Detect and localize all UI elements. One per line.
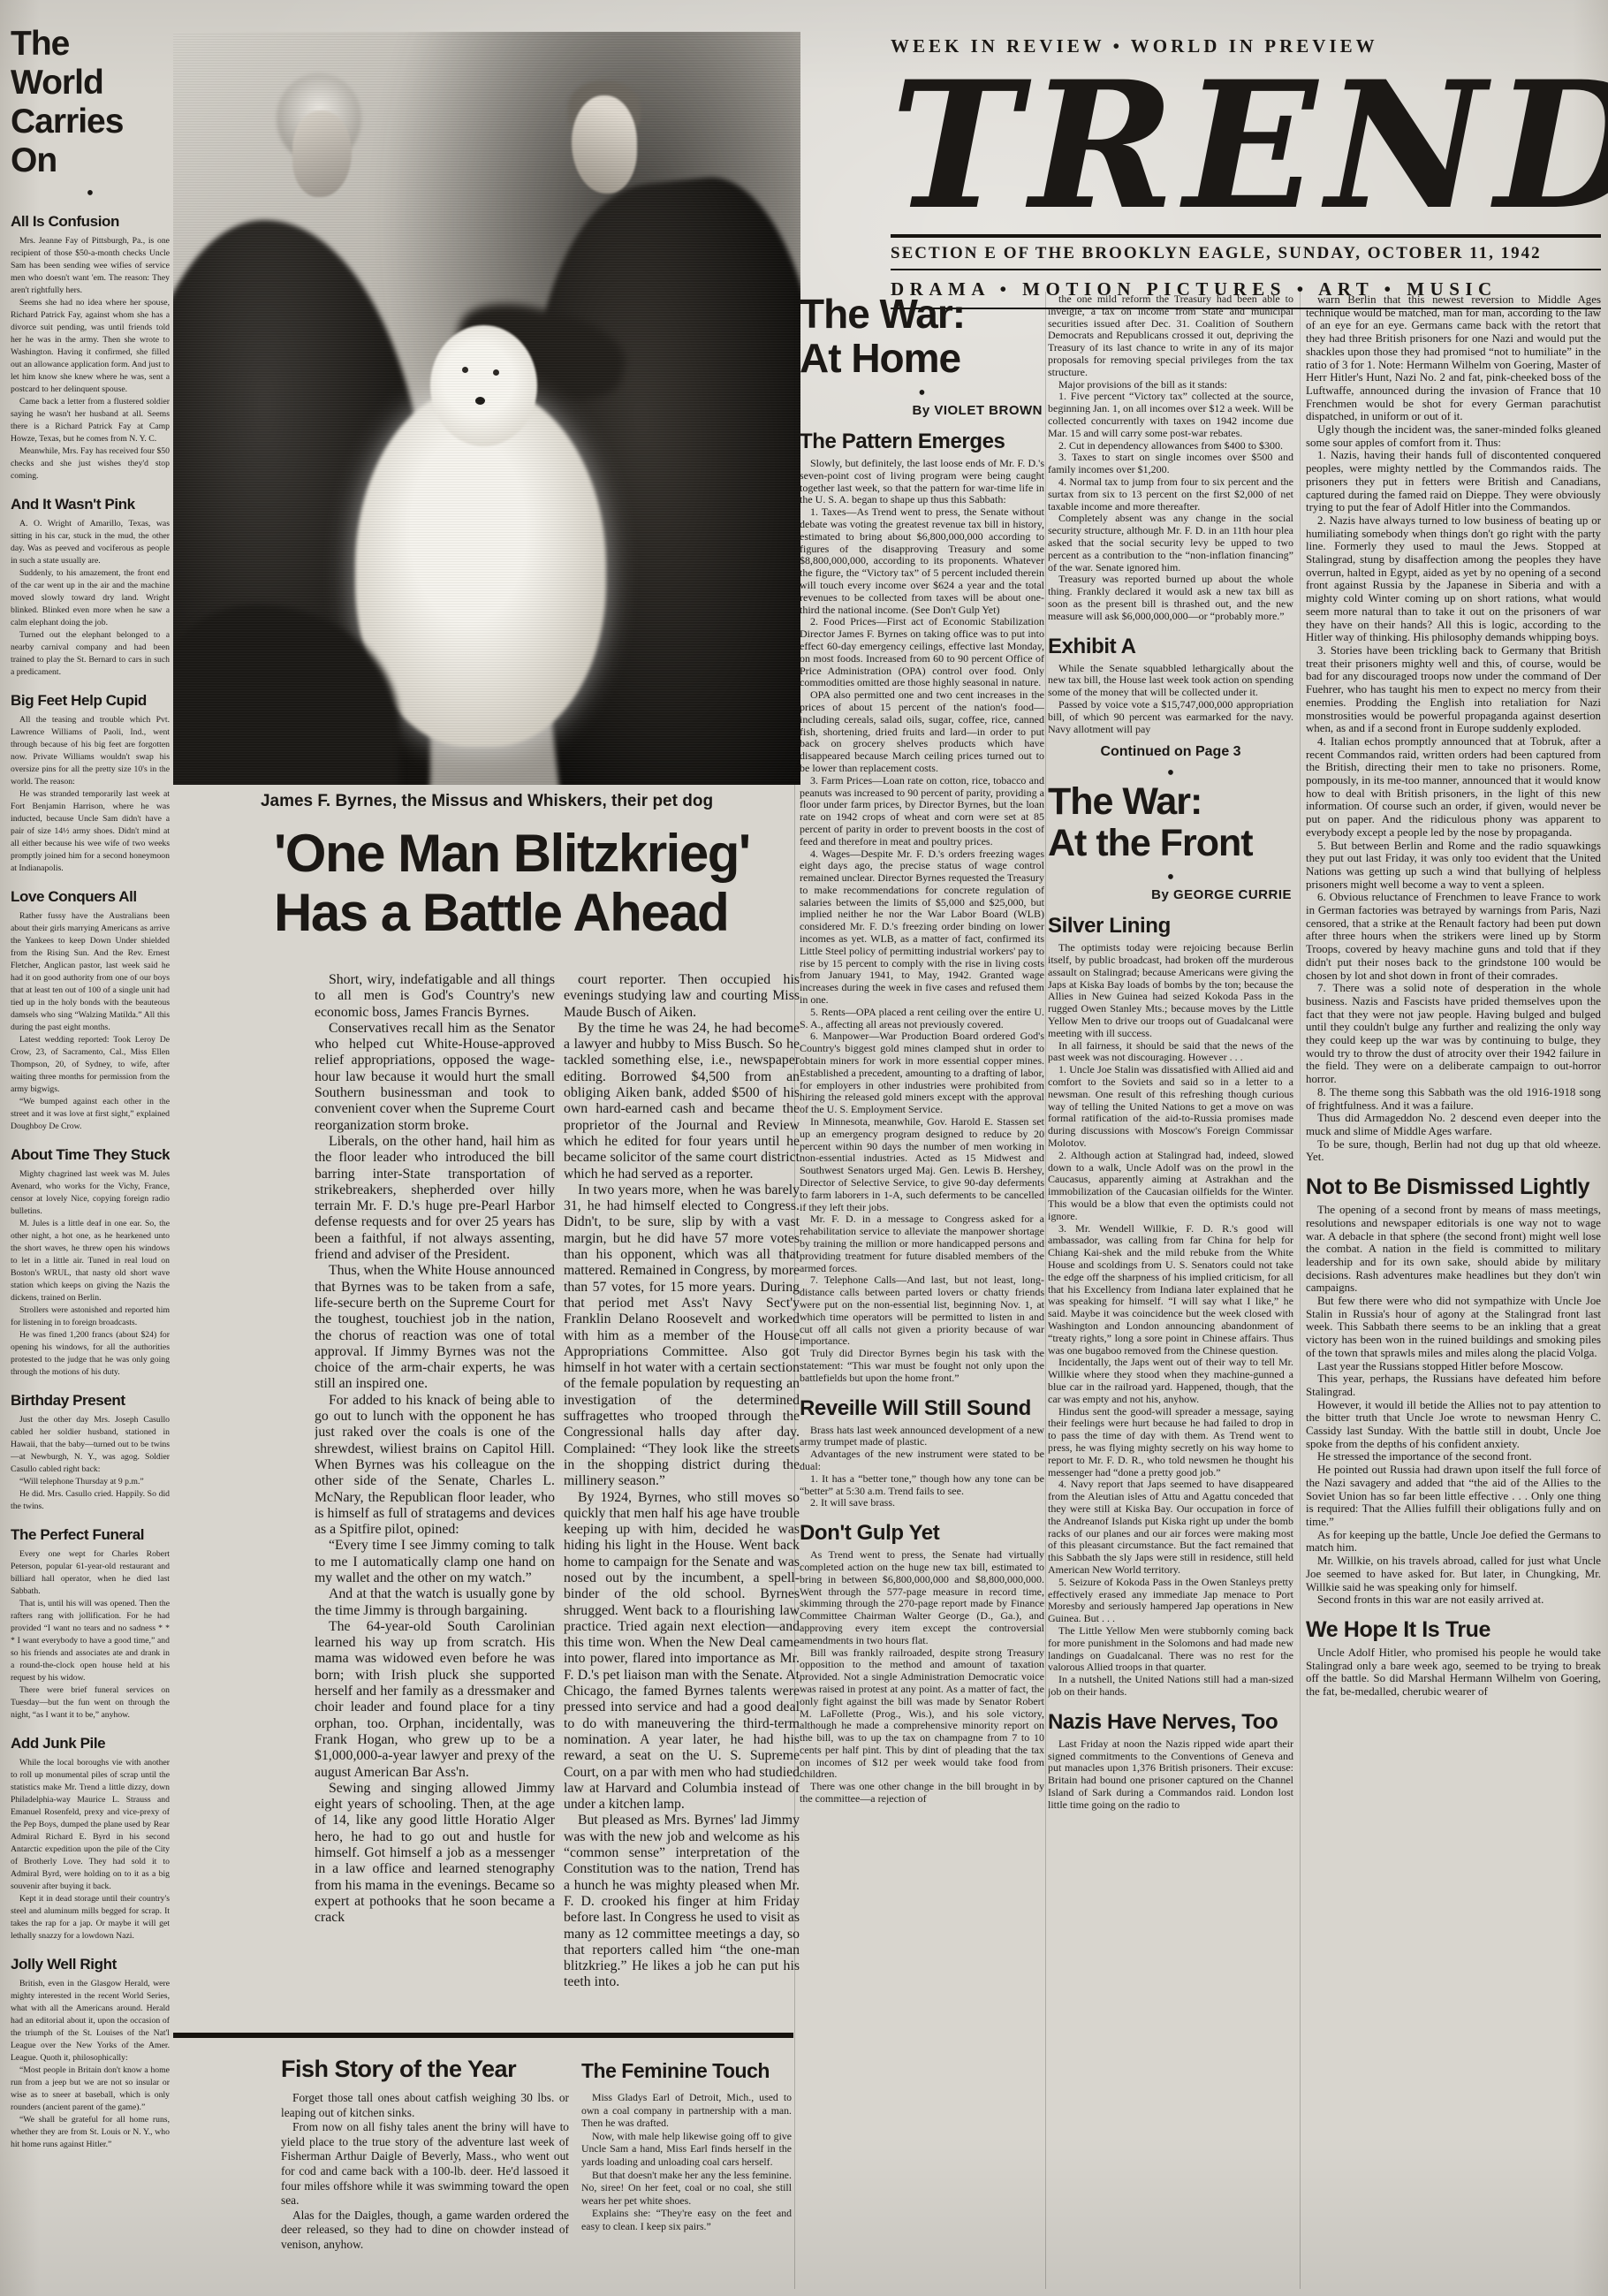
section-body: Rather fussy have the Australians been a…: [11, 910, 170, 1133]
ornament-dot: •: [1048, 767, 1293, 779]
paragraph: 1. Nazis, having their hands full of dis…: [1306, 449, 1601, 514]
paragraph: While the local boroughs vie with anothe…: [11, 1757, 170, 1893]
paragraph: Rather fussy have the Australians been a…: [11, 910, 170, 1034]
paragraph: Strollers were astonished and reported h…: [11, 1304, 170, 1329]
section-body: Every one wept for Charles Robert Peters…: [11, 1548, 170, 1722]
paragraph: Liberals, on the other hand, hail him as…: [315, 1134, 555, 1263]
paragraph: 5. Rents—OPA placed a rent ceiling over …: [800, 1007, 1044, 1031]
paragraph: There were brief funeral services on Tue…: [11, 1684, 170, 1722]
paragraph: 4. Navy report that Japs seemed to have …: [1048, 1479, 1293, 1576]
paragraph: He did. Mrs. Casullo cried. Happily. So …: [11, 1488, 170, 1513]
paragraph: Mr. F. D. in a message to Congress asked…: [800, 1213, 1044, 1274]
paragraph: M. Jules is a little deaf in one ear. So…: [11, 1218, 170, 1304]
continuation-column: the one mild reform the Treasury had bee…: [1048, 293, 1293, 2289]
section-heading: All Is Confusion: [11, 213, 170, 231]
ornament-dot: •: [800, 387, 1044, 399]
article-body: Forget those tall ones about catfish wei…: [281, 2091, 569, 2253]
section-heading: The Perfect Funeral: [11, 1526, 170, 1544]
paragraph: Brass hats last week announced developme…: [800, 1425, 1044, 1449]
paragraph: 3. Taxes to start on single incomes over…: [1048, 452, 1293, 476]
paragraph: Meanwhile, Mrs. Fay has received four $5…: [11, 445, 170, 483]
paragraph: Turned out the elephant belonged to a ne…: [11, 629, 170, 679]
masthead-title: TREND: [891, 70, 1601, 222]
paragraph: 1. Uncle Joe Stalin was dissatisfied wit…: [1048, 1064, 1293, 1150]
paragraph: Hindus sent the good-will spreader a mes…: [1048, 1406, 1293, 1479]
paragraph: The opening of a second front by means o…: [1306, 1204, 1601, 1295]
paragraph: Major provisions of the bill as it stand…: [1048, 379, 1293, 392]
war-at-home-column: The War: At Home • By VIOLET BROWN The P…: [800, 292, 1044, 2277]
column-title: The World Carries On: [11, 25, 170, 180]
paragraph: By the time he was 24, he had become a l…: [564, 1021, 800, 1182]
paragraph: 3. Stories have been trickling back to G…: [1306, 644, 1601, 735]
paragraph: He was stranded temporarily last week at…: [11, 788, 170, 875]
paragraph: In two years more, when he was barely 31…: [564, 1182, 800, 1490]
ornament-dot: •: [1048, 871, 1293, 884]
paragraph: Explains she: “They're easy on the feet …: [581, 2207, 792, 2232]
blitzkrieg-headline: 'One Man Blitzkrieg' Has a Battle Ahead: [274, 824, 804, 942]
section-heading: And It Wasn't Pink: [11, 496, 170, 513]
blitzkrieg-headline-line1: 'One Man Blitzkrieg': [274, 824, 750, 883]
paragraph: Last year the Russians stopped Hitler be…: [1306, 1360, 1601, 1373]
section-body: A. O. Wright of Amarillo, Texas, was sit…: [11, 518, 170, 679]
photo-caption: James F. Byrnes, the Missus and Whiskers…: [173, 792, 800, 811]
paragraph: “Every time I see Jimmy coming to talk t…: [315, 1538, 555, 1586]
paragraph: However, it would ill betide the Allies …: [1306, 1399, 1601, 1451]
byrnes-family-photo: [173, 32, 800, 785]
section-body: While the Senate squabbled lethargically…: [1048, 663, 1293, 736]
paragraph: But that doesn't make her any the less f…: [581, 2169, 792, 2208]
paragraph: Now, with male help likewise going off t…: [581, 2130, 792, 2169]
paragraph: 6. Manpower—War Production Board ordered…: [800, 1030, 1044, 1116]
section-body: The opening of a second front by means o…: [1306, 1204, 1601, 1607]
paragraph: 1. Taxes—As Trend went to press, the Sen…: [800, 506, 1044, 616]
paragraph: 3. Mr. Wendell Willkie, F. D. R.'s good …: [1048, 1223, 1293, 1357]
paragraph: But pleased as Mrs. Byrnes' lad Jimmy wa…: [564, 1813, 800, 1990]
paragraph: warn Berlin that this newest reversion t…: [1306, 293, 1601, 423]
paragraph: 2. Food Prices—First act of Economic Sta…: [800, 616, 1044, 689]
section-body: British, even in the Glasgow Herald, wer…: [11, 1978, 170, 2151]
paragraph: “Most people in Britain don't know a hom…: [11, 2064, 170, 2114]
paragraph: For added to his knack of being able to …: [315, 1393, 555, 1539]
ornament-dot: •: [11, 187, 170, 200]
paragraph: While the Senate squabbled lethargically…: [1048, 663, 1293, 699]
section-body: Last Friday at noon the Nazis ripped wid…: [1048, 1738, 1293, 1812]
column-divider: [1045, 292, 1046, 2289]
section-body: As Trend went to press, the Senate had v…: [800, 1549, 1044, 1806]
war-at-home-headline-line2: At Home: [800, 335, 960, 381]
column-divider: [1300, 292, 1301, 2289]
paragraph: “Will telephone Thursday at 9 p.m.”: [11, 1476, 170, 1488]
section-body: Slowly, but definitely, the last loose e…: [800, 458, 1044, 1385]
paragraph: He stressed the importance of the second…: [1306, 1450, 1601, 1464]
section-body: Brass hats last week announced developme…: [800, 1425, 1044, 1510]
section-body: Just the other day Mrs. Joseph Casullo c…: [11, 1414, 170, 1513]
paragraph: 7. There was a solid note of desperation…: [1306, 982, 1601, 1086]
paragraph: British, even in the Glasgow Herald, wer…: [11, 1978, 170, 2064]
section-heading: Don't Gulp Yet: [800, 1521, 1044, 1545]
paragraph: There was one other change in the bill b…: [800, 1781, 1044, 1806]
paragraph: He was fined 1,200 francs (about $24) fo…: [11, 1329, 170, 1379]
paragraph: In Minnesota, meanwhile, Gov. Harold E. …: [800, 1116, 1044, 1213]
paragraph: Truly did Director Byrnes begin his task…: [800, 1348, 1044, 1384]
section-body: Mrs. Jeanne Fay of Pittsburgh, Pa., is o…: [11, 235, 170, 483]
world-carries-on-column: The World Carries On • All Is Confusion …: [11, 25, 170, 2284]
paragraph: Ugly though the incident was, the saner-…: [1306, 423, 1601, 449]
continued-on-page-note: Continued on Page 3: [1048, 744, 1293, 760]
paragraph: To be sure, though, Berlin had not dug u…: [1306, 1138, 1601, 1164]
paragraph: Short, wiry, indefatigable and all thing…: [315, 972, 555, 1021]
paragraph: Mr. Willkie, on his travels abroad, call…: [1306, 1555, 1601, 1593]
paragraph: He pointed out Russia had drawn upon its…: [1306, 1464, 1601, 1529]
war-at-front-headline-line1: The War:: [1048, 780, 1202, 823]
section-divider-rule: [173, 2033, 793, 2038]
paragraph: As for keeping up the battle, Uncle Joe …: [1306, 1529, 1601, 1555]
paragraph: By 1924, Byrnes, who still moves so quic…: [564, 1490, 800, 1813]
section-heading: Reveille Will Still Sound: [800, 1396, 1044, 1420]
article-heading: Fish Story of the Year: [281, 2056, 569, 2083]
war-at-home-headline: The War: At Home: [800, 292, 1044, 380]
paragraph: Thus, when the White House announced tha…: [315, 1263, 555, 1392]
section-body: While the local boroughs vie with anothe…: [11, 1757, 170, 1942]
photo-halftone-texture: [173, 32, 800, 785]
paragraph: 2. Although action at Stalingrad had, in…: [1048, 1150, 1293, 1223]
section-heading: Jolly Well Right: [11, 1956, 170, 1973]
paragraph: And at that the watch is usually gone by…: [315, 1586, 555, 1619]
section-heading: Silver Lining: [1048, 914, 1293, 938]
section-heading: Exhibit A: [1048, 635, 1293, 658]
war-at-home-headline-line1: The War:: [800, 292, 965, 337]
war-at-front-headline-line2: At the Front: [1048, 822, 1253, 864]
paragraph: 1. Five percent “Victory tax” collected …: [1048, 391, 1293, 439]
paragraph: Last Friday at noon the Nazis ripped wid…: [1048, 1738, 1293, 1812]
paragraph: 7. Telephone Calls—And last, but not lea…: [800, 1274, 1044, 1348]
paragraph: OPA also permitted one and two cent incr…: [800, 689, 1044, 775]
paragraph: 2. It will save brass.: [800, 1497, 1044, 1509]
paragraph: Suddenly, to his amazement, the front en…: [11, 567, 170, 629]
paragraph: Every one wept for Charles Robert Peters…: [11, 1548, 170, 1598]
paragraph: Bill was frankly railroaded, despite str…: [800, 1647, 1044, 1782]
section-heading: Birthday Present: [11, 1392, 170, 1410]
paragraph: In all fairness, it should be said that …: [1048, 1040, 1293, 1065]
paragraph: 4. Normal tax to jump from four to six p…: [1048, 476, 1293, 513]
paragraph: The optimists today were rejoicing becau…: [1048, 942, 1293, 1039]
paragraph: Conservatives recall him as the Senator …: [315, 1021, 555, 1134]
column-title-line1: The World: [11, 25, 103, 102]
paragraph: That is, until his will was opened. Then…: [11, 1598, 170, 1684]
paragraph: Uncle Adolf Hitler, who promised his peo…: [1306, 1646, 1601, 1699]
paragraph: “We bumped against each other in the str…: [11, 1096, 170, 1133]
war-at-front-headline: The War: At the Front: [1048, 781, 1293, 864]
paragraph: 6. Obvious reluctance of Frenchmen to le…: [1306, 891, 1601, 982]
article-heading: The Feminine Touch: [581, 2059, 792, 2083]
tax-bill-continuation: the one mild reform the Treasury had bee…: [1048, 293, 1293, 623]
paragraph: As Trend went to press, the Senate had v…: [800, 1549, 1044, 1646]
paragraph: Treasury was reported burned up about th…: [1048, 574, 1293, 622]
blitzkrieg-headline-line2: Has a Battle Ahead: [274, 883, 728, 942]
section-body: All the teasing and trouble which Pvt. L…: [11, 714, 170, 875]
paragraph: A. O. Wright of Amarillo, Texas, was sit…: [11, 518, 170, 567]
masthead: WEEK IN REVIEW • WORLD IN PREVIEW TREND …: [891, 35, 1601, 309]
paragraph: Forget those tall ones about catfish wei…: [281, 2091, 569, 2120]
paragraph: The Little Yellow Men were stubbornly co…: [1048, 1625, 1293, 1674]
section-heading: Nazis Have Nerves, Too: [1048, 1710, 1293, 1734]
feminine-touch-article: The Feminine Touch Miss Gladys Earl of D…: [581, 2059, 792, 2291]
section-heading: About Time They Stuck Him: [11, 1146, 170, 1164]
paragraph: Completely absent was any change in the …: [1048, 513, 1293, 574]
paragraph: Came back a letter from a flustered sold…: [11, 396, 170, 445]
paragraph: Kept it in dead storage until their coun…: [11, 1893, 170, 1942]
section-body: Mighty chagrined last week was M. Jules …: [11, 1168, 170, 1379]
paragraph: Thus did Armageddon No. 2 descend even d…: [1306, 1112, 1601, 1137]
paragraph: “We shall be grateful for all home runs,…: [11, 2114, 170, 2151]
paragraph: Advantages of the new instrument were st…: [800, 1448, 1044, 1473]
section-heading: Not to Be Dismissed Lightly: [1306, 1175, 1601, 1199]
section-heading: We Hope It Is True: [1306, 1618, 1601, 1642]
paragraph: From now on all fishy tales anent the br…: [281, 2120, 569, 2209]
paragraph: Mrs. Jeanne Fay of Pittsburgh, Pa., is o…: [11, 235, 170, 297]
paragraph: Second fronts in this war are not easily…: [1306, 1593, 1601, 1607]
paragraph: Slowly, but definitely, the last loose e…: [800, 458, 1044, 506]
blitzkrieg-article-column-1: Short, wiry, indefatigable and all thing…: [315, 972, 555, 2027]
paragraph: 8. The theme song this Sabbath was the o…: [1306, 1086, 1601, 1112]
blitzkrieg-article-column-2: court reporter. Then occupied his evenin…: [564, 972, 800, 2027]
paragraph: Just the other day Mrs. Joseph Casullo c…: [11, 1414, 170, 1476]
paragraph: This year, perhaps, the Russians have de…: [1306, 1372, 1601, 1398]
paragraph: 4. Wages—Despite Mr. F. D.'s orders free…: [800, 848, 1044, 1007]
column-divider: [794, 292, 795, 2289]
paragraph: 5. Seizure of Kokoda Pass in the Owen St…: [1048, 1577, 1293, 1625]
paragraph: court reporter. Then occupied his evenin…: [564, 972, 800, 1021]
section-body: Uncle Adolf Hitler, who promised his peo…: [1306, 1646, 1601, 1699]
column-title-line2: Carries On: [11, 103, 123, 179]
paragraph: Passed by voice vote a $15,747,000,000 a…: [1048, 699, 1293, 735]
paragraph: In a nutshell, the United Nations still …: [1048, 1674, 1293, 1699]
paragraph: The 64-year-old South Carolinian learned…: [315, 1619, 555, 1781]
paragraph: Sewing and singing allowed Jimmy eight y…: [315, 1781, 555, 1927]
war-at-home-byline: By VIOLET BROWN: [800, 403, 1043, 418]
fish-story-article: Fish Story of the Year Forget those tall…: [281, 2056, 569, 2291]
paragraph: But few there were who did not sympathiz…: [1306, 1295, 1601, 1360]
paragraph: Mighty chagrined last week was M. Jules …: [11, 1168, 170, 1218]
section-heading: Love Conquers All: [11, 888, 170, 906]
section-heading: Add Junk Pile: [11, 1735, 170, 1752]
paragraph: Miss Gladys Earl of Detroit, Mich., used…: [581, 2091, 792, 2130]
section-heading: The Pattern Emerges: [800, 430, 1044, 453]
paragraph: 2. Cut in dependency allowances from $40…: [1048, 440, 1293, 452]
paragraph: Incidentally, the Japs went out of their…: [1048, 1357, 1293, 1405]
paragraph: Seems she had no idea where her spouse, …: [11, 297, 170, 396]
shackles-story-continuation: warn Berlin that this newest reversion t…: [1306, 293, 1601, 1164]
paragraph: 4. Italian echos promptly announced that…: [1306, 735, 1601, 840]
paragraph: Alas for the Daigles, though, a game war…: [281, 2209, 569, 2253]
section-body: The optimists today were rejoicing becau…: [1048, 942, 1293, 1698]
paragraph: 5. But between Berlin and Rome and the r…: [1306, 840, 1601, 892]
paragraph: 2. Nazis have always turned to low busin…: [1306, 514, 1601, 644]
paragraph: the one mild reform the Treasury had bee…: [1048, 293, 1293, 379]
war-at-front-byline: By GEORGE CURRIE: [1048, 887, 1292, 902]
paragraph: Latest wedding reported: Took Leroy De C…: [11, 1034, 170, 1096]
paragraph: All the teasing and trouble which Pvt. L…: [11, 714, 170, 788]
section-heading: Big Feet Help Cupid: [11, 692, 170, 710]
article-body: Miss Gladys Earl of Detroit, Mich., used…: [581, 2091, 792, 2233]
paragraph: 1. It has a “better tone,” though how an…: [800, 1473, 1044, 1498]
right-column: warn Berlin that this newest reversion t…: [1306, 293, 1601, 2289]
paragraph: 3. Farm Prices—Loan rate on cotton, rice…: [800, 775, 1044, 848]
